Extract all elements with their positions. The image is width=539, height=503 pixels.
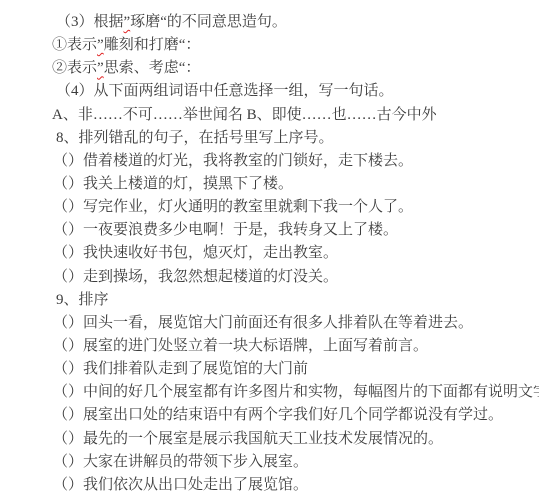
- sequence-item: （）借着楼道的灯光，我将教室的门锁好，走下楼去。: [52, 150, 533, 173]
- sequence-item: （）写完作业，灯火通明的教室里就剩下我一个人了。: [52, 196, 533, 219]
- sequence-item: （）一夜要浪费多少电啊！于是，我转身又上了楼。: [52, 219, 533, 242]
- sequence-item: （）最先的一个展室是展示我国航天工业技术发展情况的。: [52, 428, 533, 451]
- sequence-item: （）我快速收好书包，熄灭灯，走出教室。: [52, 242, 533, 265]
- spellcheck-squiggle: ”: [97, 60, 104, 76]
- sequence-item: （）大家在讲解员的带领下步入展室。: [52, 451, 533, 474]
- word-options-line: A、非……不可……举世闻名 B、即使……也……古今中外: [52, 104, 533, 127]
- sequence-item: （）中间的好几个展室都有许多图片和实物，每幅图片的下面都有说明文字。: [52, 381, 533, 404]
- sub-item-1-post: 雕刻和打磨“：: [104, 37, 201, 53]
- question-3-line: （3）根据”琢磨“的不同意思造句。: [52, 11, 533, 34]
- sub-item-1-pre: ①表示: [52, 37, 97, 53]
- sequence-item: （）回头一看，展览馆大门前面还有很多人排着队在等着进去。: [52, 312, 533, 335]
- question-3-post: 琢磨“的不同意思造句。: [130, 14, 287, 30]
- sub-item-1-line: ①表示”雕刻和打磨“：: [52, 34, 533, 57]
- sub-item-2-line: ②表示”思索、考虑“：: [52, 57, 533, 80]
- sequence-item: （）展室的进门处竖立着一块大标语牌，上面写着前言。: [52, 335, 533, 358]
- question-9-header: 9、排序: [52, 289, 533, 312]
- sequence-item: （）我们依次从出口处走出了展览馆。: [52, 474, 533, 497]
- spellcheck-squiggle: ”: [97, 37, 104, 53]
- document-page: （3）根据”琢磨“的不同意思造句。 ①表示”雕刻和打磨“： ②表示”思索、考虑“…: [0, 0, 539, 497]
- sub-item-2-pre: ②表示: [52, 60, 97, 76]
- sequence-item: （）走到操场，我忽然想起楼道的灯没关。: [52, 266, 533, 289]
- sequence-item: （）我们排着队走到了展览馆的大门前: [52, 358, 533, 381]
- sequence-item: （）展室出口处的结束语中有两个字我们好几个同学都说没有学过。: [52, 404, 533, 427]
- question-3-pre: （3）根据: [56, 14, 124, 30]
- sub-item-2-post: 思索、考虑“：: [104, 60, 201, 76]
- question-4-line: （4）从下面两组词语中任意选择一组，写一句话。: [52, 80, 533, 103]
- sequence-item: （）我关上楼道的灯，摸黑下了楼。: [52, 173, 533, 196]
- question-8-header: 8、排列错乱的句子，在括号里写上序号。: [52, 127, 533, 150]
